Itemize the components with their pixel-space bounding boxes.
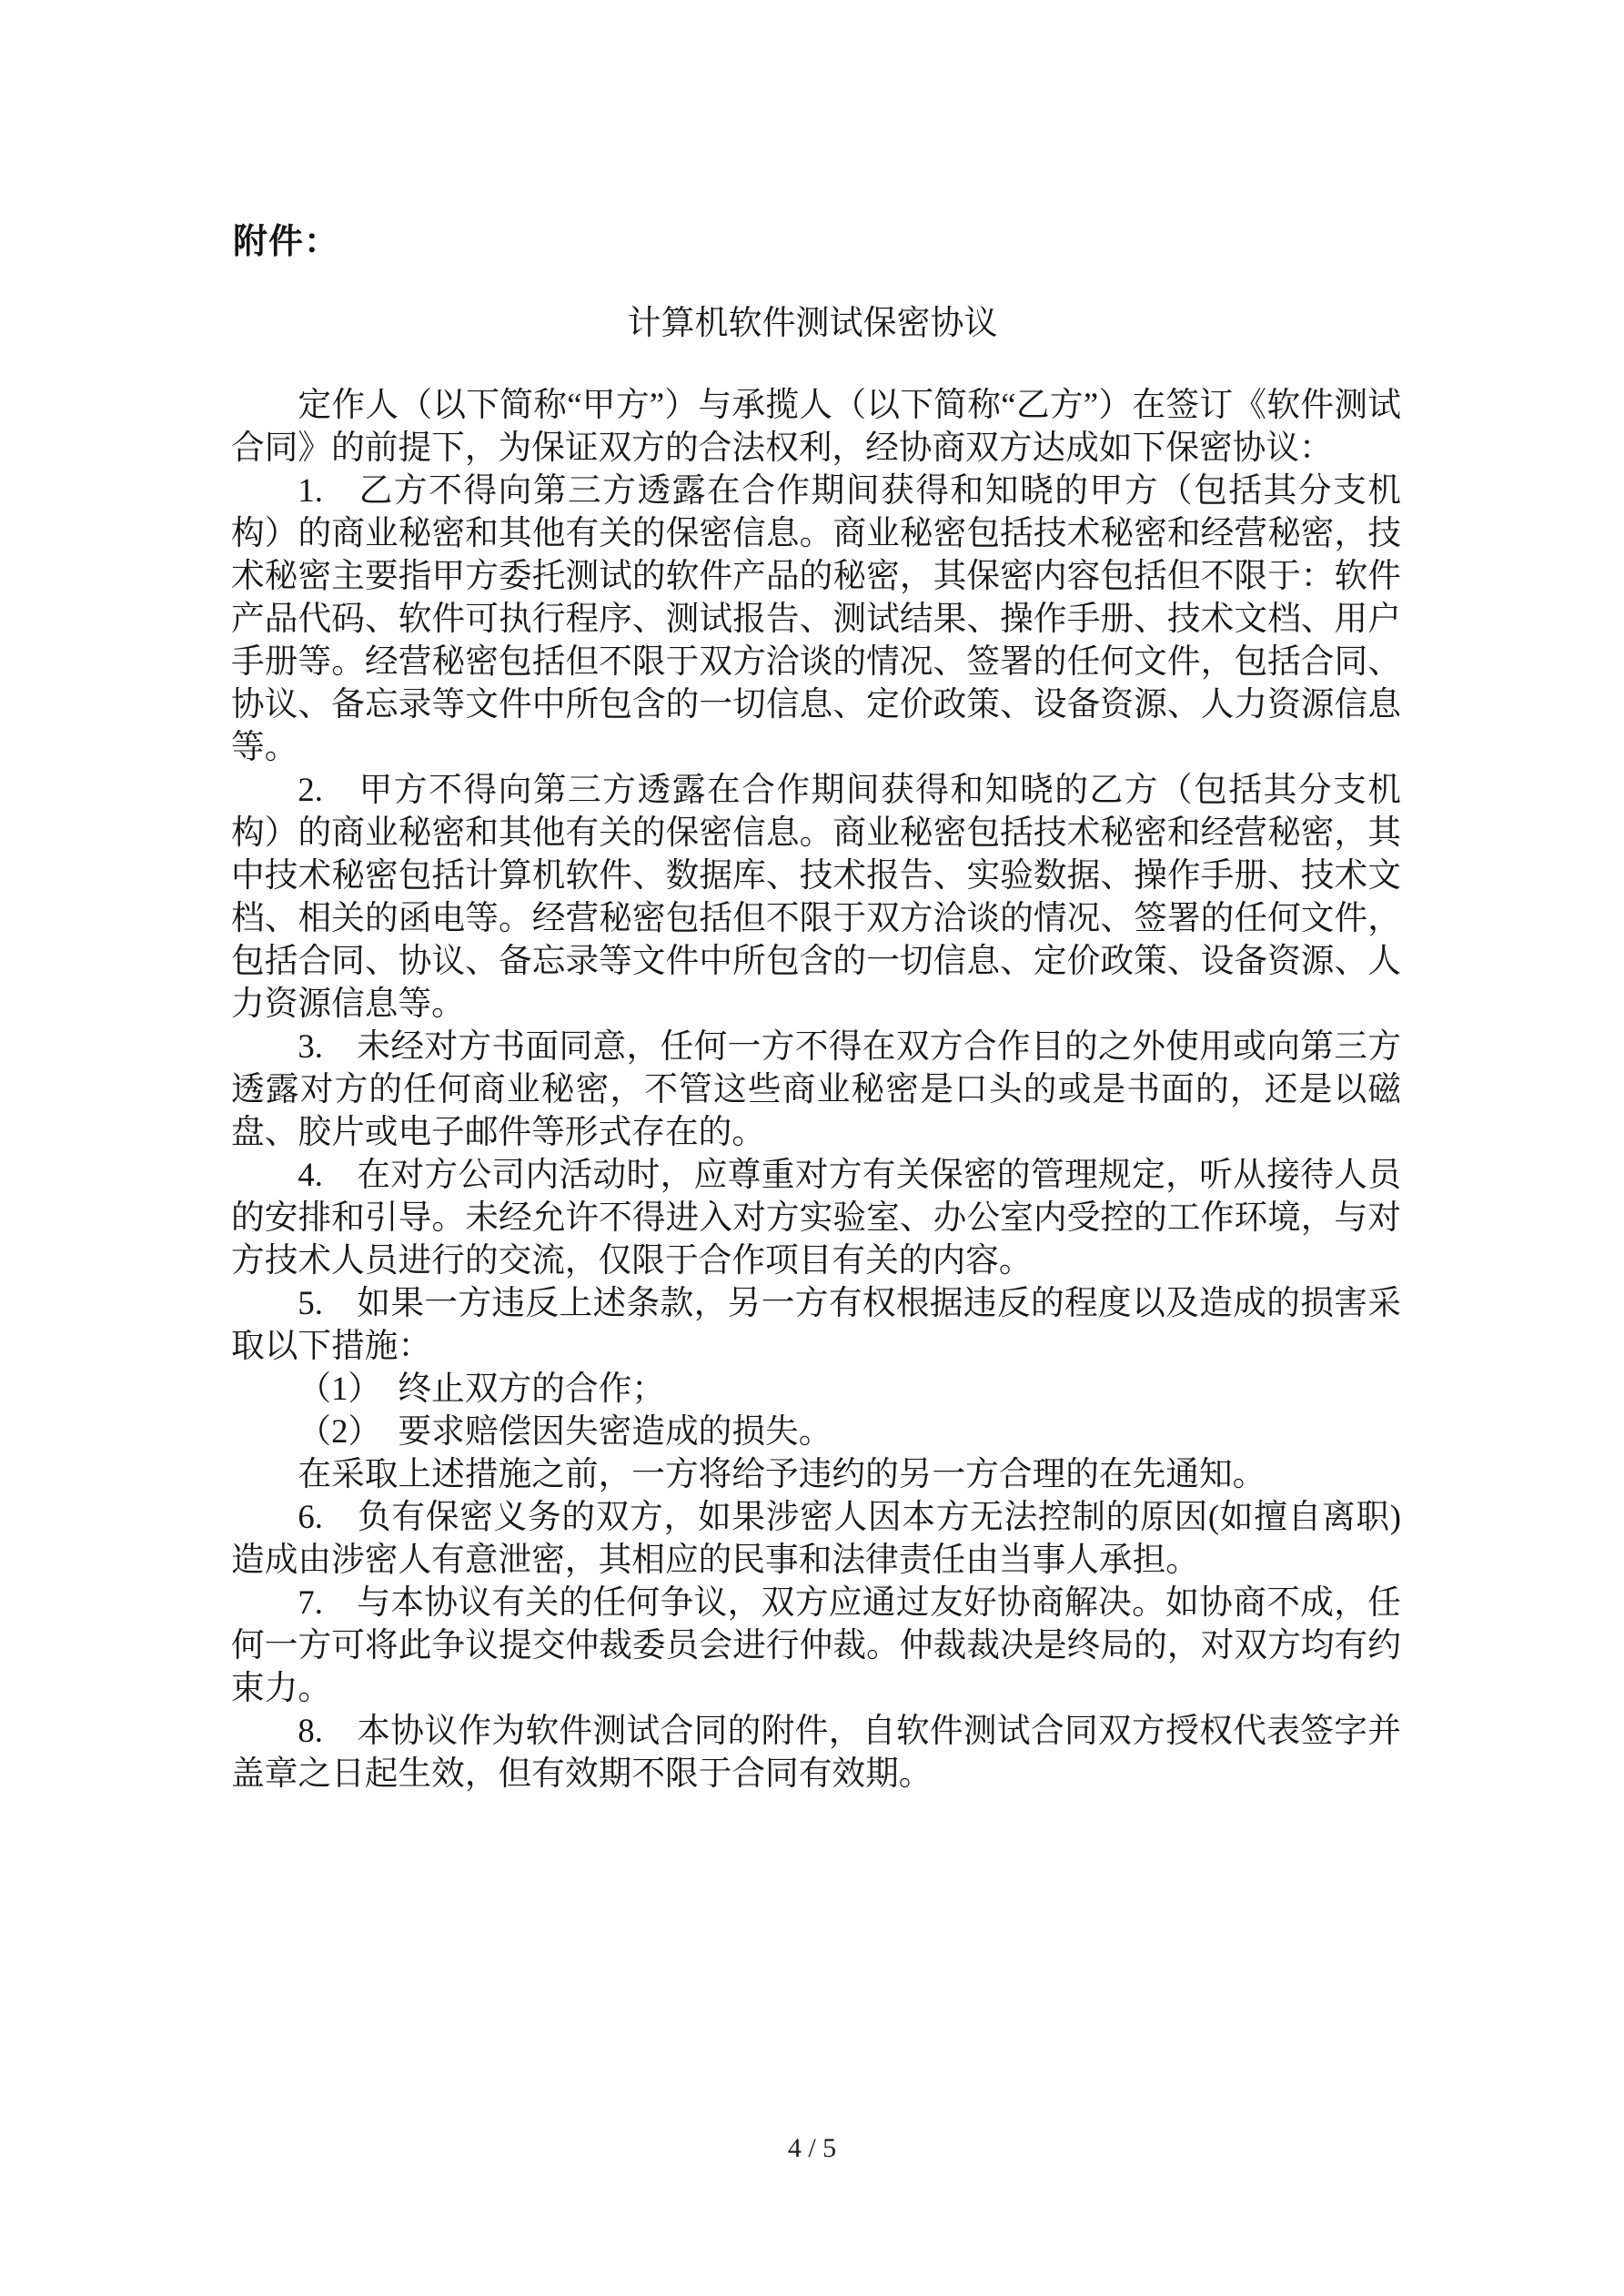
attachment-label: 附件：	[233, 221, 339, 264]
clause-5-sub-1: （1） 终止双方的合作；	[231, 1367, 1401, 1410]
document-body: 定作人（以下简称“甲方”）与承揽人（以下简称“乙方”）在签订《软件测试合同》的前…	[231, 383, 1401, 1795]
clause-6: 6. 负有保密义务的双方，如果涉密人因本方无法控制的原因(如擅自离职)造成由涉密…	[231, 1495, 1401, 1581]
clause-5-sub-2: （2） 要求赔偿因失密造成的损失。	[231, 1410, 1401, 1452]
clause-4: 4. 在对方公司内活动时，应尊重对方有关保密的管理规定，听从接待人员的安排和引导…	[231, 1153, 1401, 1281]
document-title: 计算机软件测试保密协议	[227, 302, 1397, 346]
clause-8: 8. 本协议作为软件测试合同的附件，自软件测试合同双方授权代表签字并盖章之日起生…	[231, 1709, 1401, 1795]
document-page: 附件： 计算机软件测试保密协议 定作人（以下简称“甲方”）与承揽人（以下简称“乙…	[0, 0, 1624, 2296]
clause-7: 7. 与本协议有关的任何争议，双方应通过友好协商解决。如协商不成，任何一方可将此…	[231, 1581, 1401, 1709]
clause-2: 2. 甲方不得向第三方透露在合作期间获得和知晓的乙方（包括其分支机构）的商业秘密…	[231, 768, 1401, 1025]
page-number: 4 / 5	[0, 2131, 1624, 2166]
intro-paragraph: 定作人（以下简称“甲方”）与承揽人（以下简称“乙方”）在签订《软件测试合同》的前…	[231, 383, 1401, 469]
clause-5: 5. 如果一方违反上述条款，另一方有权根据违反的程度以及造成的损害采取以下措施：	[231, 1281, 1401, 1367]
clause-1: 1. 乙方不得向第三方透露在合作期间获得和知晓的甲方（包括其分支机构）的商业秘密…	[231, 469, 1401, 768]
clause-5-note: 在采取上述措施之前，一方将给予违约的另一方合理的在先通知。	[231, 1452, 1401, 1495]
clause-3: 3. 未经对方书面同意，任何一方不得在双方合作目的之外使用或向第三方透露对方的任…	[231, 1025, 1401, 1153]
